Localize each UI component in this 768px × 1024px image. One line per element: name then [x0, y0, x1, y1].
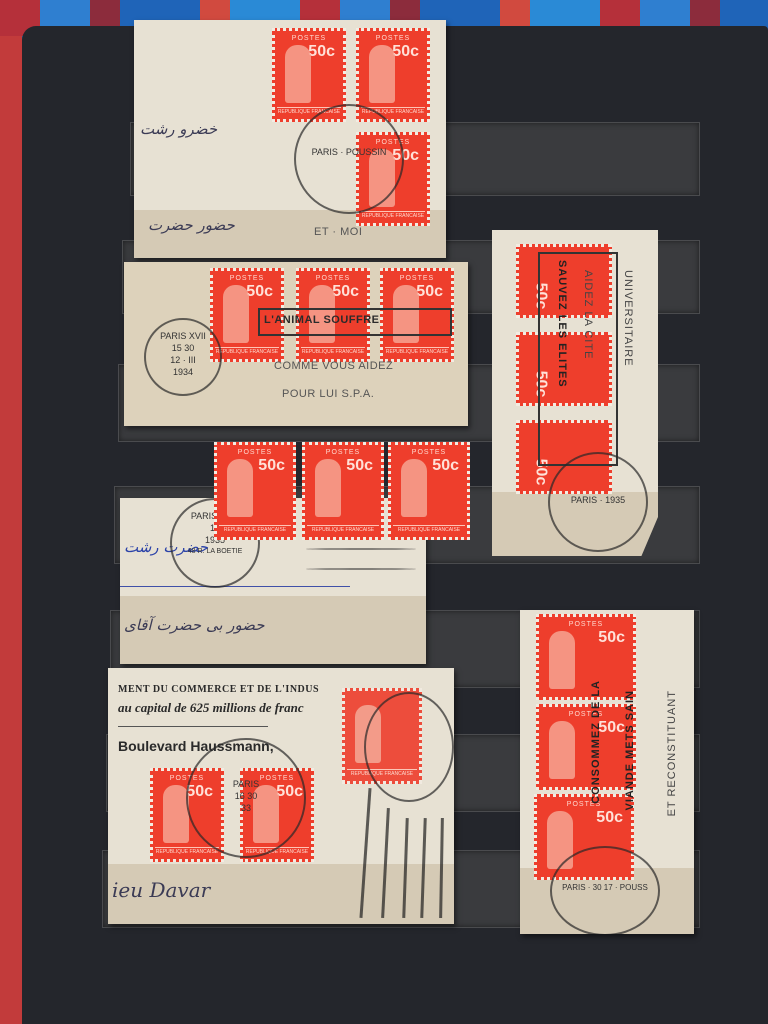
- handwritten-address: ieu Davar: [112, 878, 210, 902]
- cover-fragment-top-left: POSTES50cREPUBLIQUE FRANCAISE POSTES50cR…: [134, 20, 446, 258]
- machine-cancel-text: ET · MOI: [314, 226, 362, 238]
- slogan-cancel: POUR LUI S.P.A.: [282, 388, 374, 400]
- slogan-cancel: L'ANIMAL SOUFFRE: [264, 314, 380, 326]
- stamp: POSTES50cREPUBLIQUE FRANCAISE: [388, 442, 470, 540]
- slogan-cancel: CONSOMMEZ DE LA: [590, 680, 602, 804]
- cover-fragment-bottom-left: MENT DU COMMERCE ET DE L'INDUS au capita…: [108, 668, 454, 924]
- postmark: PARIS · 1935: [548, 452, 648, 552]
- stamp: POSTES50cREPUBLIQUE FRANCAISE: [302, 442, 384, 540]
- slogan-cancel: AIDEZ LA CITE: [582, 270, 594, 359]
- handwritten-address: حضور بی حضرت آقای: [124, 616, 265, 634]
- postmark: PARIS · POUSSIN: [294, 104, 404, 214]
- slogan-cancel: ET RECONSTITUANT: [666, 690, 678, 816]
- postmark: PARIS XVII 15 30 12 · III 1934: [144, 318, 222, 396]
- cover-fragment-right-lower: POSTES50c POSTES50c POSTES50c CONSOMMEZ …: [520, 610, 694, 934]
- printed-letterhead: MENT DU COMMERCE ET DE L'INDUS: [118, 684, 319, 695]
- cover-fragment-middle-left: POSTES50cREPUBLIQUE FRANCAISE POSTES50cR…: [124, 262, 468, 426]
- postmark: [364, 692, 454, 802]
- printed-letterhead: au capital de 625 millions de franc: [118, 700, 304, 716]
- stamp: POSTES50cREPUBLIQUE FRANCAISE: [214, 442, 296, 540]
- cover-fragment-right-upper: 50c 50c 50c SAUVEZ LES ELITES AIDEZ LA C…: [492, 230, 658, 556]
- stamp: POSTES50c: [536, 614, 636, 700]
- postmark: PARIS · 30 17 · POUSS: [550, 846, 660, 934]
- slogan-cancel: COMME VOUS AIDEZ: [274, 360, 393, 372]
- slogan-cancel: SAUVEZ LES ELITES: [556, 260, 568, 388]
- slogan-cancel: VIANDE METS SAIN: [624, 690, 636, 811]
- handwritten-address: خضرو رشت: [140, 120, 217, 138]
- slogan-cancel: UNIVERSITAIRE: [622, 270, 634, 367]
- handwritten-address: حضور حضرت: [148, 216, 235, 234]
- stamp: POSTES50c: [536, 704, 636, 790]
- postmark: PARIS 16 30 33: [186, 738, 306, 858]
